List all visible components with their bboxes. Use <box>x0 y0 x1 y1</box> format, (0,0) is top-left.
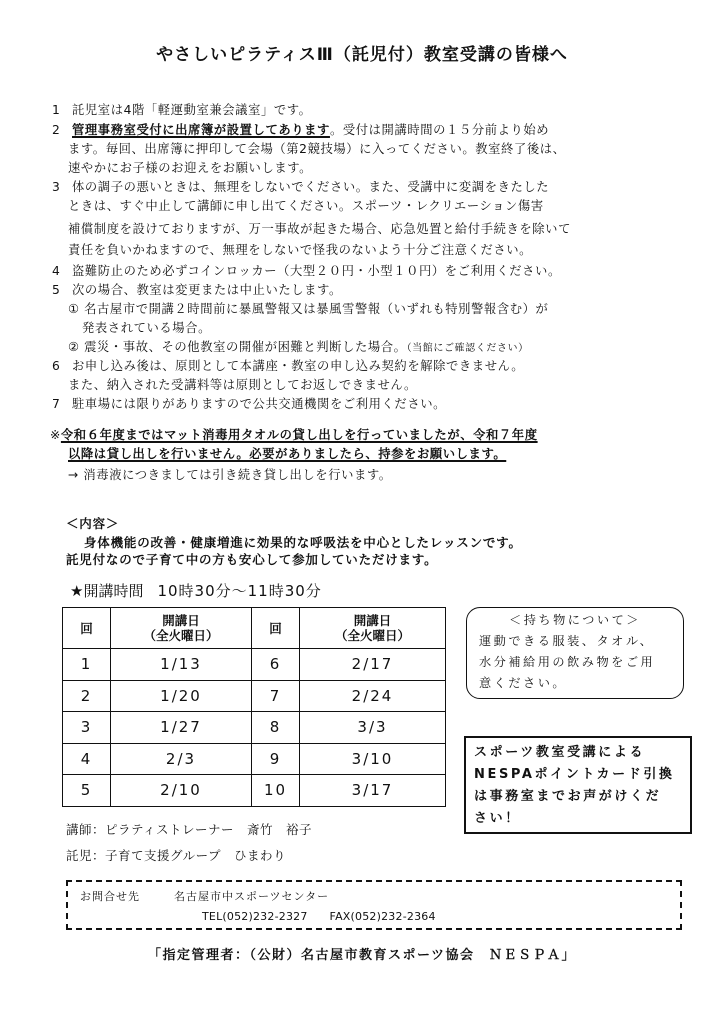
round-cell: 2 <box>63 680 111 712</box>
date-cell: 1/13 <box>111 649 252 681</box>
contact-tel: TEL(052)232-2327 <box>202 910 308 923</box>
notice-2: 2管理事務室受付に出席簿が設置してあります。受付は開講時間の１５分前より始め <box>52 120 549 138</box>
notice-number: 4 <box>52 264 72 278</box>
round-cell: 8 <box>252 712 300 744</box>
date-cell: 3/3 <box>300 712 446 744</box>
content-heading: ＜内容＞ <box>66 514 119 532</box>
table-row: 3 1/27 8 3/3 <box>63 712 446 744</box>
content-line-2: 託児付なので子育て中の方も安心して参加していただけます。 <box>66 550 437 568</box>
header-round: 回 <box>252 608 300 649</box>
notice-5-item-1-line-2: 発表されている場合。 <box>82 318 211 336</box>
notice-3-line-3: 補償制度を設けておりますが、万一事故が起きた場合、応急処置と給付手続きを除いて <box>68 219 571 237</box>
nespa-line-2: NESPAポイントカード引換 <box>474 764 690 786</box>
instructor-info: 講師：ピラティストレーナー 斎竹 裕子 <box>66 820 312 838</box>
date-cell: 2/10 <box>111 775 252 807</box>
notice-emphasis: 管理事務室受付に出席簿が設置してあります <box>72 123 330 137</box>
towel-notice-text: 令和６年度まではマット消毒用タオルの貸し出しを行っていましたが、令和７年度 <box>61 428 538 442</box>
nespa-point-card-box: スポーツ教室受講による NESPAポイントカード引換 は事務室までお声がけくだ … <box>464 736 692 834</box>
round-cell: 10 <box>252 775 300 807</box>
notice-3-line-2: ときは、すぐ中止して講師に申し出てください。スポーツ・レクリエーション傷害 <box>68 196 544 214</box>
notice-number: 3 <box>52 180 72 194</box>
table-row: 2 1/20 7 2/24 <box>63 680 446 712</box>
date-cell: 2/24 <box>300 680 446 712</box>
notice-text: 託児室は4階「軽運動室兼会議室」です。 <box>72 103 312 117</box>
notice-note: （当館にご確認ください） <box>407 343 529 354</box>
towel-notice-line-3: → 消毒液につきましては引き続き貸し出しを行います。 <box>68 465 392 483</box>
round-cell: 6 <box>252 649 300 681</box>
notice-text: 盗難防止のため必ずコインロッカー（大型２０円・小型１０円）をご利用ください。 <box>72 264 561 278</box>
towel-notice-line-1: ※令和６年度まではマット消毒用タオルの貸し出しを行っていましたが、令和７年度 <box>50 425 538 443</box>
header-date: 開講日（全火曜日） <box>300 608 446 649</box>
notice-number: 5 <box>52 283 72 297</box>
round-cell: 4 <box>63 743 111 775</box>
page-title: やさしいピラティスⅢ（託児付）教室受講の皆様へ <box>0 40 724 65</box>
header-round: 回 <box>63 608 111 649</box>
date-cell: 3/10 <box>300 743 446 775</box>
contact-label: お問合せ先 <box>80 890 140 903</box>
header-date: 開講日（全火曜日） <box>111 608 252 649</box>
nespa-line-1: スポーツ教室受講による <box>474 742 690 764</box>
date-cell: 1/20 <box>111 680 252 712</box>
round-cell: 3 <box>63 712 111 744</box>
notice-5: 5次の場合、教室は変更または中止いたします。 <box>52 280 342 298</box>
contact-fax: FAX(052)232-2364 <box>330 910 436 923</box>
notice-number: 6 <box>52 359 72 373</box>
belongings-heading: ＜持ち物について＞ <box>479 610 683 631</box>
childcare-info: 託児：子育て支援グループ ひまわり <box>66 846 286 864</box>
belongings-box: ＜持ち物について＞ 運動できる服装、タオル、 水分補給用の飲み物をご用 意くださ… <box>466 607 684 699</box>
date-cell: 1/27 <box>111 712 252 744</box>
notice-text: お申し込み後は、原則として本講座・教室の申し込み契約を解除できません。 <box>72 359 524 373</box>
notice-6: 6お申し込み後は、原則として本講座・教室の申し込み契約を解除できません。 <box>52 356 524 374</box>
round-cell: 9 <box>252 743 300 775</box>
notice-text: 次の場合、教室は変更または中止いたします。 <box>72 283 342 297</box>
round-cell: 5 <box>63 775 111 807</box>
table-row: 1 1/13 6 2/17 <box>63 649 446 681</box>
towel-notice-text: 以降は貸し出しを行いません。必要がありましたら、持参をお願いします。 <box>68 447 506 461</box>
notice-text: 体の調子の悪いときは、無理をしないでください。また、受講中に変調をきたした <box>72 180 549 194</box>
notice-number: 7 <box>52 397 72 411</box>
round-cell: 7 <box>252 680 300 712</box>
notice-7: 7駐車場には限りがありますので公共交通機関をご利用ください。 <box>52 394 446 412</box>
date-cell: 2/3 <box>111 743 252 775</box>
belongings-line-2: 水分補給用の飲み物をご用 <box>479 652 683 673</box>
table-row: 5 2/10 10 3/17 <box>63 775 446 807</box>
notice-2-line-2: ます。毎回、出席簿に押印して会場（第2競技場）に入ってください。教室終了後は、 <box>68 139 566 157</box>
towel-notice-line-2: 以降は貸し出しを行いません。必要がありましたら、持参をお願いします。 <box>68 444 506 462</box>
contact-row-2: TEL(052)232-2327FAX(052)232-2364 <box>202 910 436 923</box>
belongings-line-3: 意ください。 <box>479 673 683 694</box>
schedule-label: ★開講時間 <box>70 582 143 600</box>
header-date-line-2: （全火曜日） <box>143 628 218 643</box>
notice-number: 2 <box>52 123 72 137</box>
contact-organization: 名古屋市中スポーツセンター <box>174 890 329 903</box>
notice-2-line-3: 速やかにお子様のお迎えをお願いします。 <box>68 158 312 176</box>
notice-text: 。受付は開講時間の１５分前より始め <box>330 123 549 137</box>
content-line-1: 身体機能の改善・健康増進に効果的な呼吸法を中心としたレッスンです。 <box>84 533 522 551</box>
notice-3-line-4: 責任を負いかねますので、無理をしないで怪我のないよう十分ご注意ください。 <box>68 240 532 258</box>
schedule-title: ★開講時間10時30分～11時30分 <box>70 580 322 601</box>
notice-text: 駐車場には限りがありますので公共交通機関をご利用ください。 <box>72 397 446 411</box>
notice-5-item-2: ② 震災・事故、その他教室の開催が困難と判断した場合。（当館にご確認ください） <box>68 337 529 355</box>
notice-5-item-1: ① 名古屋市で開講２時間前に暴風警報又は暴風雪警報（いずれも特別警報含む）が <box>68 299 548 317</box>
notice-4: 4盗難防止のため必ずコインロッカー（大型２０円・小型１０円）をご利用ください。 <box>52 261 561 279</box>
date-cell: 3/17 <box>300 775 446 807</box>
nespa-line-3: は事務室までお声がけくだ <box>474 786 690 808</box>
date-cell: 2/17 <box>300 649 446 681</box>
reference-mark: ※ <box>50 428 61 442</box>
table-row: 4 2/3 9 3/10 <box>63 743 446 775</box>
schedule-time: 10時30分～11時30分 <box>157 582 321 600</box>
notice-3: 3体の調子の悪いときは、無理をしないでください。また、受講中に変調をきたした <box>52 177 549 195</box>
table-header-row: 回 開講日（全火曜日） 回 開講日（全火曜日） <box>63 608 446 649</box>
contact-box: お問合せ先名古屋市中スポーツセンター TEL(052)232-2327FAX(0… <box>66 880 682 930</box>
notice-1: 1託児室は4階「軽運動室兼会議室」です。 <box>52 100 312 118</box>
schedule-table: 回 開講日（全火曜日） 回 開講日（全火曜日） 1 1/13 6 2/17 2 … <box>62 607 446 807</box>
notice-6-line-2: また、納入された受講料等は原則としてお返しできません。 <box>68 375 417 393</box>
header-date-line-1: 開講日 <box>354 613 392 628</box>
designated-manager-footer: 「指定管理者：（公財）名古屋市教育スポーツ協会 ＮＥＳＰＡ」 <box>0 944 724 963</box>
round-cell: 1 <box>63 649 111 681</box>
notice-number: 1 <box>52 103 72 117</box>
header-date-line-1: 開講日 <box>162 613 200 628</box>
header-date-line-2: （全火曜日） <box>335 628 410 643</box>
nespa-line-4: さい！ <box>474 808 690 830</box>
notice-text: ② 震災・事故、その他教室の開催が困難と判断した場合。 <box>68 340 407 354</box>
belongings-line-1: 運動できる服装、タオル、 <box>479 631 683 652</box>
contact-row-1: お問合せ先名古屋市中スポーツセンター <box>80 888 329 904</box>
